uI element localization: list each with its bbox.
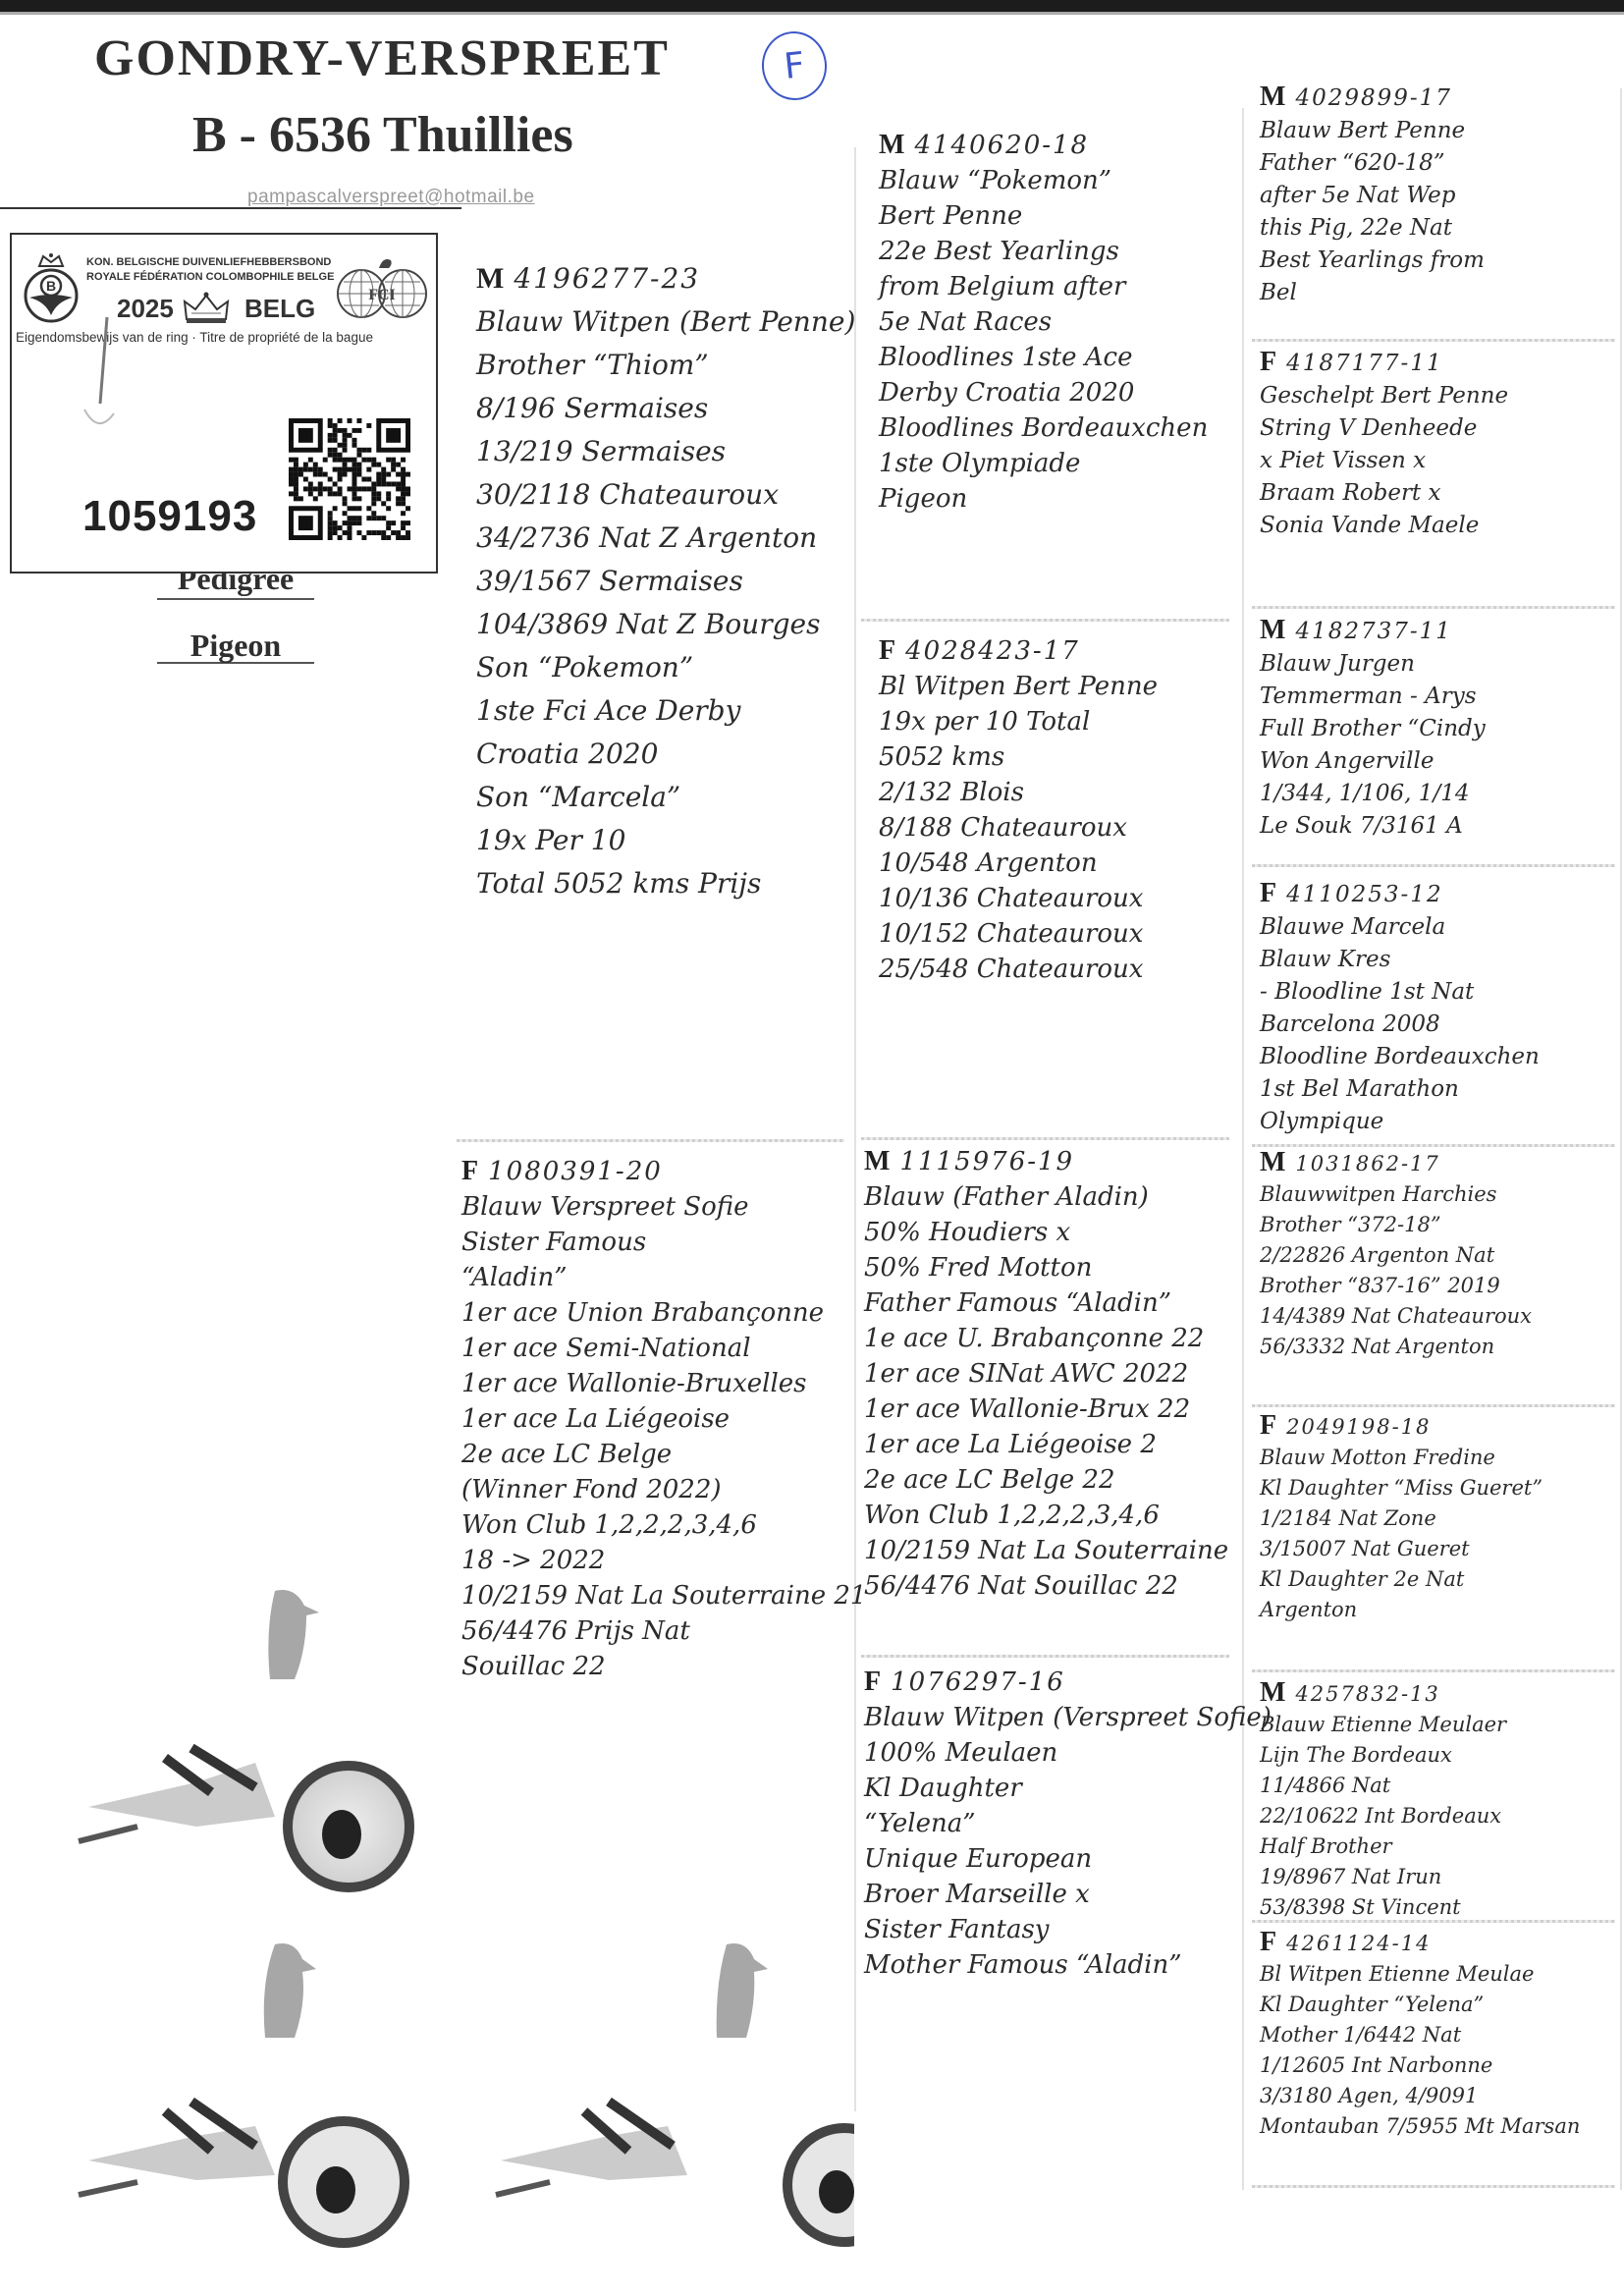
pedigree-dam-mother: F1076297-16Blauw Witpen (Verspreet Sofie… — [864, 1665, 1242, 1983]
grid-line — [861, 619, 1229, 622]
pedigree-note-line: Blauw Motton Fredine — [1260, 1443, 1618, 1473]
pedigree-entry-header: F2049198-18 — [1260, 1410, 1618, 1443]
sex-label: M — [1260, 614, 1285, 646]
grid-line — [1252, 1669, 1615, 1672]
pedigree-note-line: 19x Per 10 — [476, 819, 849, 862]
ring-id: 1080391-20 — [488, 1154, 663, 1189]
sex-label: M — [476, 257, 504, 301]
grid-line — [1252, 2185, 1615, 2188]
pedigree-note-line: 50% Fred Motton — [864, 1250, 1242, 1285]
pedigree-note-line: 56/3332 Nat Argenton — [1260, 1332, 1618, 1362]
pedigree-note-line: 1/12605 Int Narbonne — [1260, 2050, 1618, 2081]
pedigree-note-line: 1er ace Union Brabançonne — [461, 1295, 849, 1331]
pedigree-note-line: Blauw Verspreet Sofie — [461, 1189, 849, 1225]
org-name-dutch: KON. BELGISCHE DUIVENLIEFHEBBERSBOND — [86, 256, 331, 268]
grid-line — [1252, 864, 1615, 867]
pedigree-note-line: (Winner Fond 2022) — [461, 1472, 849, 1507]
pedigree-note-line: Braam Robert x — [1260, 477, 1618, 510]
pedigree-note-line: Total 5052 kms Prijs — [476, 862, 849, 905]
pedigree-note-line: Geschelpt Bert Penne — [1260, 380, 1618, 412]
pedigree-note-line: Father “620-18” — [1260, 147, 1618, 180]
pedigree-note-line: 2e ace LC Belge 22 — [864, 1462, 1242, 1498]
pedigree-note-line: Son “Marcela” — [476, 776, 849, 819]
pedigree-note-line: 30/2118 Chateauroux — [476, 473, 849, 517]
pedigree-note-line: “Aladin” — [461, 1260, 849, 1295]
pedigree-note-line: 53/8398 St Vincent — [1260, 1892, 1618, 1923]
pedigree-dam-subject: F1080391-20Blauw Verspreet SofieSister F… — [461, 1154, 849, 1684]
sex-mark-circle: F — [759, 28, 831, 104]
pedigree-note-line: 1er ace La Liégeoise — [461, 1401, 849, 1437]
pedigree-note-line: 1st Bel Marathon — [1260, 1073, 1618, 1106]
pedigree-note-line: Blauw Etienne Meulaer — [1260, 1710, 1618, 1740]
pedigree-note-line: Blauw Witpen (Bert Penne) — [476, 301, 849, 344]
pedigree-note-line: Won Club 1,2,2,2,3,4,6 — [461, 1507, 849, 1543]
sex-label: M — [864, 1144, 890, 1179]
pedigree-father-father: M4029899-17Blauw Bert PenneFather “620-1… — [1260, 81, 1618, 309]
grid-line — [861, 1655, 1229, 1658]
pedigree-note-line: Sister Fantasy — [864, 1912, 1242, 1947]
pedigree-note-line: 10/152 Chateauroux — [879, 916, 1242, 952]
sex-label: F — [461, 1154, 478, 1189]
pedigree-note-line: Blauw Witpen (Verspreet Sofie) — [864, 1700, 1242, 1735]
pedigree-note-line: Full Brother “Cindy — [1260, 713, 1618, 745]
ring-id: 4029899-17 — [1295, 82, 1451, 115]
pedigree-note-line: String V Denheede — [1260, 412, 1618, 445]
pedigree-note-line: 8/196 Sermaises — [476, 387, 849, 430]
pedigree-note-line: Blauw Kres — [1260, 944, 1618, 976]
pedigree-note-line: Half Brother — [1260, 1831, 1618, 1862]
pedigree-note-line: 25/548 Chateauroux — [879, 952, 1242, 987]
pigeon-photo-1 — [49, 1571, 481, 1915]
pedigree-note-line: 1ste Fci Ace Derby — [476, 689, 849, 733]
ring-id: 4187177-11 — [1286, 348, 1442, 380]
pedigree-entry-header: M4029899-17 — [1260, 81, 1618, 115]
pedigree-note-line: Mother Famous “Aladin” — [864, 1947, 1242, 1983]
pedigree-note-line: Barcelona 2008 — [1260, 1009, 1618, 1041]
svg-text:B: B — [46, 278, 56, 294]
pedigree-note-line: 19x per 10 Total — [879, 704, 1242, 739]
pedigree-note-line: Bl Witpen Bert Penne — [879, 669, 1242, 704]
pedigree-note-line: 104/3869 Nat Z Bourges — [476, 603, 849, 646]
pedigree-note-line: Kl Daughter “Miss Gueret” — [1260, 1473, 1618, 1503]
pedigree-dam-father-mother: F2049198-18Blauw Motton FredineKl Daught… — [1260, 1410, 1618, 1625]
pedigree-subject: M4196277-23Blauw Witpen (Bert Penne)Brot… — [476, 257, 849, 905]
pedigree-note-line: 1er ace SINat AWC 2022 — [864, 1356, 1242, 1392]
crown-icon — [182, 292, 231, 325]
breeder-address: B - 6536 Thuillies — [192, 106, 683, 164]
scan-top-edge — [0, 0, 1624, 12]
sex-label: F — [1260, 1410, 1276, 1441]
pedigree-note-line: Won Club 1,2,2,2,3,4,6 — [864, 1498, 1242, 1533]
ring-id: 1115976-19 — [899, 1144, 1074, 1179]
ring-id: 2049198-18 — [1286, 1412, 1431, 1443]
ring-id: 4196277-23 — [514, 257, 700, 301]
sex-label: F — [1260, 1927, 1276, 1957]
pedigree-note-line: 2/132 Blois — [879, 775, 1242, 810]
pedigree-note-line: 3/3180 Agen, 4/9091 — [1260, 2081, 1618, 2111]
sex-label: F — [879, 633, 895, 669]
pedigree-note-line: Blauwe Marcela — [1260, 911, 1618, 944]
grid-line — [1252, 1404, 1615, 1407]
pedigree-note-line: 18 -> 2022 — [461, 1543, 849, 1578]
pedigree-note-line: Brother “372-18” — [1260, 1210, 1618, 1240]
pedigree-note-line: 22e Best Yearlings — [879, 234, 1242, 269]
org-name-french: ROYALE FÉDÉRATION COLOMBOPHILE BELGE — [86, 271, 334, 283]
pedigree-note-line: 100% Meulaen — [864, 1735, 1242, 1771]
pedigree-note-line: 22/10622 Int Bordeaux — [1260, 1801, 1618, 1831]
ring-year: 2025 — [117, 294, 174, 324]
pedigree-note-line: 34/2736 Nat Z Argenton — [476, 517, 849, 560]
pedigree-note-line: 8/188 Chateauroux — [879, 810, 1242, 846]
pedigree-entry-header: F4261124-14 — [1260, 1927, 1618, 1959]
pedigree-entry-header: M4257832-13 — [1260, 1677, 1618, 1710]
pedigree-note-line: Le Souk 7/3161 A — [1260, 810, 1618, 843]
ring-number: 1059193 — [82, 492, 257, 541]
pedigree-note-line: 5052 kms — [879, 739, 1242, 775]
pedigree-father: M4140620-18Blauw “Pokemon”Bert Penne22e … — [879, 128, 1242, 517]
pedigree-label: Pedigree — [157, 573, 314, 600]
sex-label: M — [1260, 1677, 1285, 1708]
pedigree-note-line: 1/2184 Nat Zone — [1260, 1503, 1618, 1534]
sex-label: F — [1260, 877, 1276, 909]
ring-id: 4261124-14 — [1286, 1929, 1431, 1959]
pedigree-entry-header: F1076297-16 — [864, 1665, 1242, 1700]
pedigree-note-line: Blauwwitpen Harchies — [1260, 1179, 1618, 1210]
header-divider — [0, 207, 461, 209]
pedigree-note-line: Olympique — [1260, 1106, 1618, 1138]
pedigree-note-line: Sister Famous — [461, 1225, 849, 1260]
pedigree-note-line: 11/4866 Nat — [1260, 1771, 1618, 1801]
pedigree-note-line: Temmerman - Arys — [1260, 681, 1618, 713]
pedigree-note-line: Mother 1/6442 Nat — [1260, 2020, 1618, 2050]
pedigree-note-line: Argenton — [1260, 1595, 1618, 1625]
pedigree-dam-father: M1115976-19Blauw (Father Aladin)50% Houd… — [864, 1144, 1242, 1604]
pedigree-note-line: 39/1567 Sermaises — [476, 560, 849, 603]
pedigree-entry-header: F4110253-12 — [1260, 877, 1618, 911]
pedigree-note-line: Kl Daughter “Yelena” — [1260, 1990, 1618, 2020]
grid-line — [1252, 339, 1615, 342]
pedigree-note-line: - Bloodline 1st Nat — [1260, 976, 1618, 1009]
pedigree-note-line: Bel — [1260, 277, 1618, 309]
pedigree-note-line: 10/2159 Nat La Souterraine — [864, 1533, 1242, 1568]
pedigree-note-line: 14/4389 Nat Chateauroux — [1260, 1301, 1618, 1332]
pedigree-note-line: Father Famous “Aladin” — [864, 1285, 1242, 1321]
pedigree-note-line: 56/4476 Nat Souillac 22 — [864, 1568, 1242, 1604]
pedigree-note-line: Broer Marseille x — [864, 1877, 1242, 1912]
pedigree-note-line: Blauw “Pokemon” — [879, 163, 1242, 198]
pedigree-entry-header: F4028423-17 — [879, 633, 1242, 669]
qr-code-icon[interactable] — [289, 418, 410, 540]
ring-country: BELG — [244, 294, 315, 324]
pedigree-entry-header: F1080391-20 — [461, 1154, 849, 1189]
ring-id: 4110253-12 — [1286, 879, 1442, 911]
sex-label: M — [879, 128, 904, 163]
pedigree-entry-header: F4187177-11 — [1260, 346, 1618, 380]
pedigree-note-line: Blauw Jurgen — [1260, 648, 1618, 681]
pedigree-note-line: x Piet Vissen x — [1260, 445, 1618, 477]
pedigree-note-line: 50% Houdiers x — [864, 1215, 1242, 1250]
pedigree-mother-mother: F4110253-12Blauwe MarcelaBlauw Kres- Blo… — [1260, 877, 1618, 1138]
pedigree-entry-header: M1031862-17 — [1260, 1147, 1618, 1179]
pedigree-note-line: 3/15007 Nat Gueret — [1260, 1534, 1618, 1564]
ring-ownership-card: B KON. BELGISCHE DUIVENLIEFHEBBERSBOND R… — [10, 233, 438, 574]
breeder-name: GONDRY-VERSPREET — [94, 29, 742, 87]
grid-line — [1242, 108, 1244, 2190]
pedigree-note-line: Brother “837-16” 2019 — [1260, 1271, 1618, 1301]
pedigree-note-line: Son “Pokemon” — [476, 646, 849, 689]
svg-text:FCI: FCI — [368, 287, 396, 303]
pedigree-note-line: 5e Nat Races — [879, 304, 1242, 340]
pedigree-note-line: 10/2159 Nat La Souterraine 21 — [461, 1578, 849, 1613]
pedigree-entry-header: M4196277-23 — [476, 257, 849, 301]
grid-line — [861, 1137, 1229, 1140]
pedigree-note-line: Lijn The Bordeaux — [1260, 1740, 1618, 1771]
pedigree-note-line: 1er ace La Liégeoise 2 — [864, 1427, 1242, 1462]
pedigree-note-line: 10/548 Argenton — [879, 846, 1242, 881]
pedigree-note-line: 56/4476 Prijs Nat — [461, 1613, 849, 1649]
sex-label: M — [1260, 81, 1285, 113]
kbdb-logo-icon: B — [22, 252, 81, 323]
pedigree-note-line: from Belgium after — [879, 269, 1242, 304]
pedigree-note-line: “Yelena” — [864, 1806, 1242, 1841]
pedigree-note-line: 13/219 Sermaises — [476, 430, 849, 473]
ring-id: 1076297-16 — [891, 1665, 1065, 1700]
pedigree-note-line: 10/136 Chateauroux — [879, 881, 1242, 916]
sex-label: F — [1260, 346, 1276, 378]
pedigree-note-line: Bloodline Bordeauxchen — [1260, 1041, 1618, 1073]
ring-id: 4140620-18 — [914, 128, 1089, 163]
pedigree-note-line: Won Angerville — [1260, 745, 1618, 778]
sex-label: M — [1260, 1147, 1285, 1177]
pedigree-note-line: Croatia 2020 — [476, 733, 849, 776]
pedigree-note-line: after 5e Nat Wep — [1260, 180, 1618, 212]
staple-mark-icon — [73, 315, 122, 443]
pedigree-note-line: Bloodlines 1ste Ace — [879, 340, 1242, 375]
pigeon-photo-3 — [491, 1925, 854, 2278]
pedigree-note-line: Best Yearlings from — [1260, 245, 1618, 277]
pedigree-note-line: 1ste Olympiade — [879, 446, 1242, 481]
pedigree-note-line: 1er ace Wallonie-Bruxelles — [461, 1366, 849, 1401]
pedigree-note-line: Kl Daughter 2e Nat — [1260, 1564, 1618, 1595]
pedigree-dam-mother-mother: F4261124-14Bl Witpen Etienne MeulaeKl Da… — [1260, 1927, 1618, 2142]
grid-line — [1252, 606, 1615, 609]
email-link[interactable]: pampascalverspreet@hotmail.be — [247, 187, 535, 208]
sex-label: F — [864, 1665, 881, 1700]
pedigree-note-line: Kl Daughter — [864, 1771, 1242, 1806]
ring-id: 4028423-17 — [905, 633, 1080, 669]
pedigree-note-line: 1e ace U. Brabançonne 22 — [864, 1321, 1242, 1356]
pigeon-photo-2 — [49, 1925, 481, 2278]
pedigree-note-line: Bert Penne — [879, 198, 1242, 234]
scan-top-shadow — [0, 12, 1624, 15]
grid-line — [854, 147, 856, 2111]
pedigree-note-line: 1/344, 1/106, 1/14 — [1260, 778, 1618, 810]
pedigree-mother: F4028423-17Bl Witpen Bert Penne19x per 1… — [879, 633, 1242, 987]
pedigree-note-line: 1er ace Semi-National — [461, 1331, 849, 1366]
ring-id: 1031862-17 — [1295, 1149, 1439, 1179]
pedigree-note-line: Unique European — [864, 1841, 1242, 1877]
pedigree-father-mother: F4187177-11Geschelpt Bert PenneString V … — [1260, 346, 1618, 542]
ring-caption: Eigendomsbewijs van de ring · Titre de p… — [16, 330, 373, 345]
pedigree-note-line: 1er ace Wallonie-Brux 22 — [864, 1392, 1242, 1427]
pedigree-note-line: Souillac 22 — [461, 1649, 849, 1684]
pedigree-note-line: Montauban 7/5955 Mt Marsan — [1260, 2111, 1618, 2142]
pigeon-label: Pigeon — [157, 628, 314, 664]
pedigree-note-line: 2e ace LC Belge — [461, 1437, 849, 1472]
pedigree-note-line: 19/8967 Nat Irun — [1260, 1862, 1618, 1892]
pedigree-entry-header: M1115976-19 — [864, 1144, 1242, 1179]
pedigree-note-line: Bl Witpen Etienne Meulae — [1260, 1959, 1618, 1990]
pedigree-note-line: Blauw Bert Penne — [1260, 115, 1618, 147]
pedigree-dam-father-father: M1031862-17Blauwwitpen HarchiesBrother “… — [1260, 1147, 1618, 1362]
pedigree-note-line: Brother “Thiom” — [476, 344, 849, 387]
pedigree-mother-father: M4182737-11Blauw JurgenTemmerman - ArysF… — [1260, 614, 1618, 843]
ring-id: 4182737-11 — [1295, 616, 1451, 648]
fci-globe-icon: FCI — [334, 252, 430, 321]
pedigree-note-line: Blauw (Father Aladin) — [864, 1179, 1242, 1215]
ring-id: 4257832-13 — [1295, 1679, 1439, 1710]
pedigree-entry-header: M4140620-18 — [879, 128, 1242, 163]
pedigree-note-line: Sonia Vande Maele — [1260, 510, 1618, 542]
pedigree-note-line: this Pig, 22e Nat — [1260, 212, 1618, 245]
pedigree-note-line: Bloodlines Bordeauxchen — [879, 410, 1242, 446]
pedigree-note-line: Pigeon — [879, 481, 1242, 517]
pedigree-dam-mother-father: M4257832-13Blauw Etienne MeulaerLijn The… — [1260, 1677, 1618, 1923]
grid-line — [1620, 88, 1622, 2190]
pedigree-note-line: 2/22826 Argenton Nat — [1260, 1240, 1618, 1271]
pedigree-entry-header: M4182737-11 — [1260, 614, 1618, 648]
pedigree-note-line: Derby Croatia 2020 — [879, 375, 1242, 410]
grid-line — [457, 1139, 844, 1142]
